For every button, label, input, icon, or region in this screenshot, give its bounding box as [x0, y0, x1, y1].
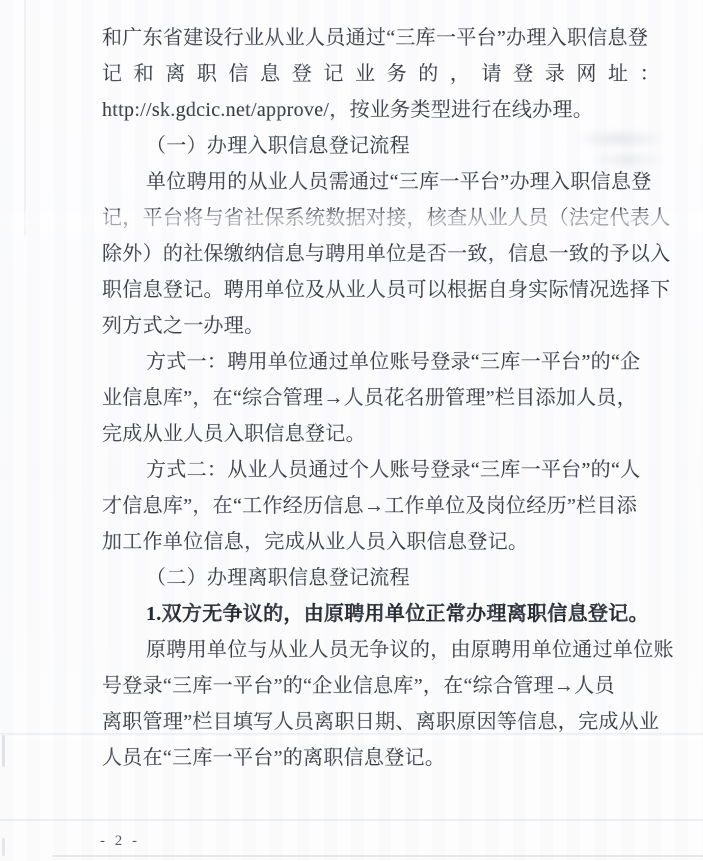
text-line: 方式二：从业人员通过个人账号登录“三库一平台”的“人: [102, 452, 660, 488]
scan-hairline: [0, 819, 703, 821]
text-line: 完成从业人员入职信息登记。: [102, 416, 660, 452]
text-line: 号登录“三库一平台”的“企业信息库”，在“综合管理→人员: [102, 668, 660, 704]
text-line: 才信息库”，在“工作经历信息→工作单位及岗位经历”栏目添: [102, 488, 660, 524]
document-body: 和广东省建设行业从业人员通过“三库一平台”办理入职信息登 记和离职信息登记业务的…: [102, 20, 660, 776]
text-line: 除外）的社保缴纳信息与聘用单位是否一致，信息一致的予以入: [102, 236, 660, 272]
text-line: 加工作单位信息，完成从业人员入职信息登记。: [102, 524, 660, 560]
section-heading-two: （二）办理离职信息登记流程: [102, 560, 660, 596]
url-text-line: http://sk.gdcic.net/approve/，按业务类型进行在线办理…: [102, 92, 660, 128]
scan-hairline: [52, 855, 703, 857]
scan-wash-band: [0, 210, 703, 234]
document-page: 和广东省建设行业从业人员通过“三库一平台”办理入职信息登 记和离职信息登记业务的…: [0, 0, 703, 861]
text-line: 方式一：聘用单位通过单位账号登录“三库一平台”的“企: [102, 344, 660, 380]
text-line: 单位聘用的从业人员需通过“三库一平台”办理入职信息登: [102, 164, 660, 200]
scan-edge-mark: [2, 838, 5, 856]
text-line-justified: 记和离职信息登记业务的，请登录网址：: [102, 56, 660, 92]
scan-edge-streak: [24, 0, 26, 235]
scan-edge-mark: [2, 735, 5, 767]
page-number: - 2 -: [100, 832, 140, 850]
text-line: 职信息登记。聘用单位及从业人员可以根据自身实际情况选择下: [102, 272, 660, 308]
clause-heading: 1.双方无争议的，由原聘用单位正常办理离职信息登记。: [102, 596, 660, 632]
scan-light-band: [0, 733, 703, 743]
text-line: 原聘用单位与从业人员无争议的，由原聘用单位通过单位账: [102, 632, 660, 668]
section-heading-one: （一）办理入职信息登记流程: [102, 128, 660, 164]
text-line: 人员在“三库一平台”的离职信息登记。: [102, 740, 660, 776]
text-line: 和广东省建设行业从业人员通过“三库一平台”办理入职信息登: [102, 20, 660, 56]
text-line: 列方式之一办理。: [102, 308, 660, 344]
text-line: 业信息库”，在“综合管理→人员花名册管理”栏目添加人员，: [102, 380, 660, 416]
